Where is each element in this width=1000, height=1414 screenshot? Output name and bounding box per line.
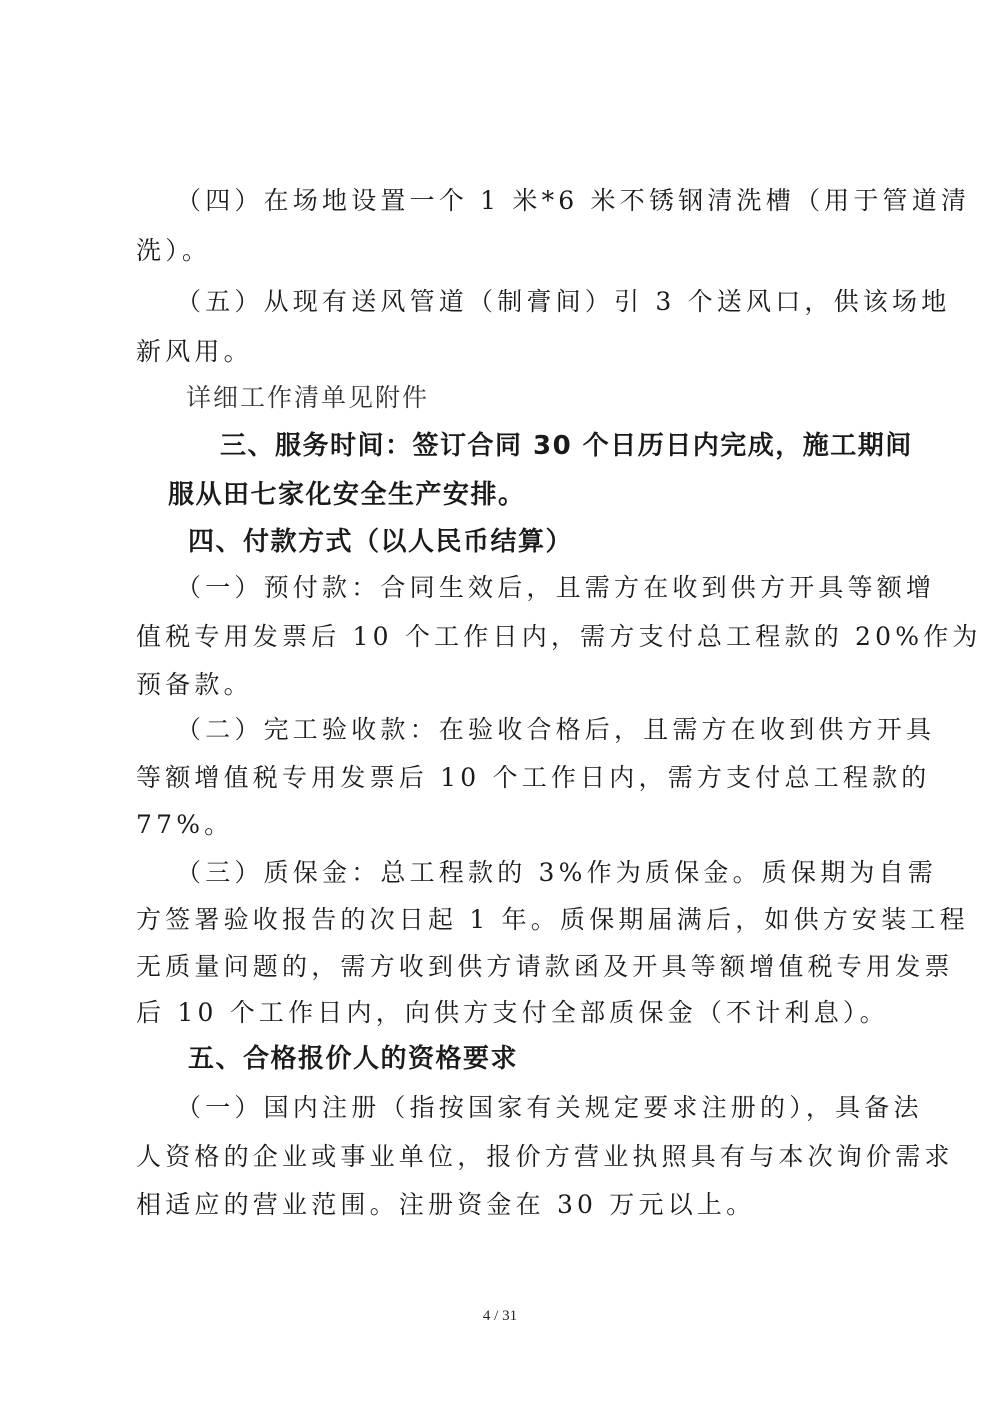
payment-3-line1: （三）质保金：总工程款的 3%作为质保金。质保期为自需 — [176, 858, 937, 888]
qualification-1-line3: 相适应的营业范围。注册资金在 30 万元以上。 — [136, 1190, 755, 1220]
section-3-heading-line2: 服从田七家化安全生产安排。 — [168, 480, 526, 510]
payment-2-line3: 77%。 — [136, 810, 233, 840]
paragraph-item-5-line2: 新风用。 — [136, 337, 253, 367]
qualification-1-line2: 人资格的企业或事业单位，报价方营业执照具有与本次询价需求 — [136, 1142, 954, 1172]
payment-1-line1: （一）预付款：合同生效后，且需方在收到供方开具等额增 — [176, 573, 935, 603]
section-4-heading: 四、付款方式（以人民币结算） — [188, 527, 573, 557]
payment-2-line2: 等额增值税专用发票后 10 个工作日内，需方支付总工程款的 — [136, 763, 931, 793]
section-3-heading-line1: 三、服务时间：签订合同 30 个日历日内完成，施工期间 — [220, 431, 913, 461]
payment-3-line2: 方签署验收报告的次日起 1 年。质保期届满后，如供方安装工程 — [136, 905, 969, 935]
paragraph-item-4-line2: 洗）。 — [136, 236, 211, 266]
page-number: 4 / 31 — [0, 1308, 1000, 1325]
paragraph-item-5-line1: （五）从现有送风管道（制膏间）引 3 个送风口，供该场地 — [176, 287, 950, 317]
paragraph-item-4-line1: （四）在场地设置一个 1 米*6 米不锈钢清洗槽（用于管道清 — [176, 186, 970, 216]
attachment-note: 详细工作清单见附件 — [186, 383, 429, 413]
payment-1-line2: 值税专用发票后 10 个工作日内，需方支付总工程款的 20%作为 — [136, 622, 982, 652]
payment-3-line3: 无质量问题的，需方收到供方请款函及开具等额增值税专用发票 — [136, 952, 954, 982]
payment-1-line3: 预备款。 — [136, 670, 253, 700]
payment-3-line4: 后 10 个工作日内，向供方支付全部质保金（不计利息）。 — [136, 998, 889, 1028]
qualification-1-line1: （一）国内注册（指按国家有关规定要求注册的），具备法 — [176, 1093, 923, 1123]
section-5-heading: 五、合格报价人的资格要求 — [188, 1044, 518, 1074]
payment-2-line1: （二）完工验收款：在验收合格后，且需方在收到供方开具 — [176, 715, 935, 745]
